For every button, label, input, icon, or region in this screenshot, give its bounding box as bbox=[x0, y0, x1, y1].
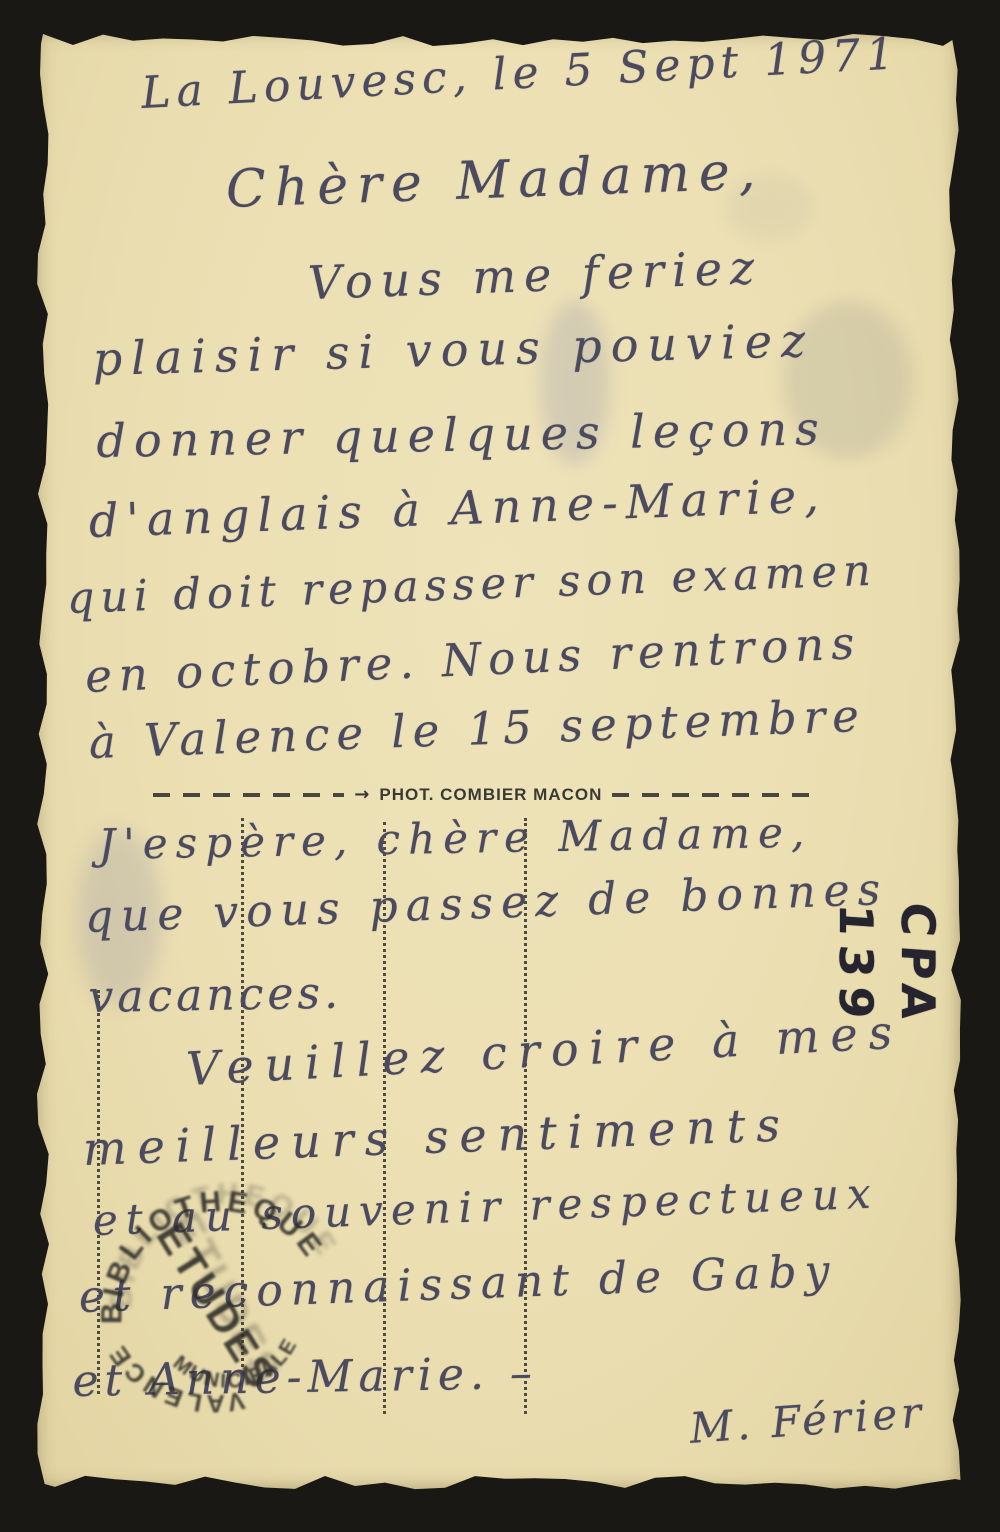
archive-code-prefix: CPA bbox=[891, 901, 945, 1031]
divider-dashes-left bbox=[153, 793, 344, 797]
handwriting-line: d'anglais à Anne-Marie, bbox=[88, 468, 827, 548]
handwriting-line: La Louvesc, le 5 Sept 1971 bbox=[140, 28, 901, 119]
handwriting-line: J'espère, chère Madame, bbox=[98, 808, 813, 869]
printed-divider: → PHOT. COMBIER MACON bbox=[153, 784, 813, 806]
archive-code: CPA 139 bbox=[849, 898, 941, 1154]
handwriting-line: à Valence le 15 septembre bbox=[88, 689, 867, 769]
arrow-icon: → bbox=[354, 786, 369, 804]
postcard: → PHOT. COMBIER MACON La Louvesc, le 5 S… bbox=[35, 32, 963, 1492]
handwriting-line: donner quelques leçons bbox=[96, 401, 827, 468]
handwriting-line: en octobre. Nous rentrons bbox=[84, 616, 862, 703]
printer-credit-label: PHOT. COMBIER MACON bbox=[379, 785, 602, 805]
handwriting-line: Chère Madame, bbox=[225, 141, 765, 220]
handwriting-line: plaisir si vous pouviez bbox=[92, 313, 815, 386]
handwriting-line: vacances. bbox=[88, 968, 342, 1023]
handwriting-line: qui doit repasser son examen bbox=[66, 546, 878, 624]
handwriting-line: que vous passez de bonnes bbox=[84, 864, 889, 943]
handwriting-signature: M. Férier bbox=[688, 1388, 927, 1453]
archive-code-number: 139 bbox=[833, 903, 879, 1029]
scan-background: → PHOT. COMBIER MACON La Louvesc, le 5 S… bbox=[0, 0, 1000, 1532]
divider-dashes-right bbox=[612, 793, 813, 797]
handwriting-line: Vous me feriez bbox=[307, 240, 763, 310]
